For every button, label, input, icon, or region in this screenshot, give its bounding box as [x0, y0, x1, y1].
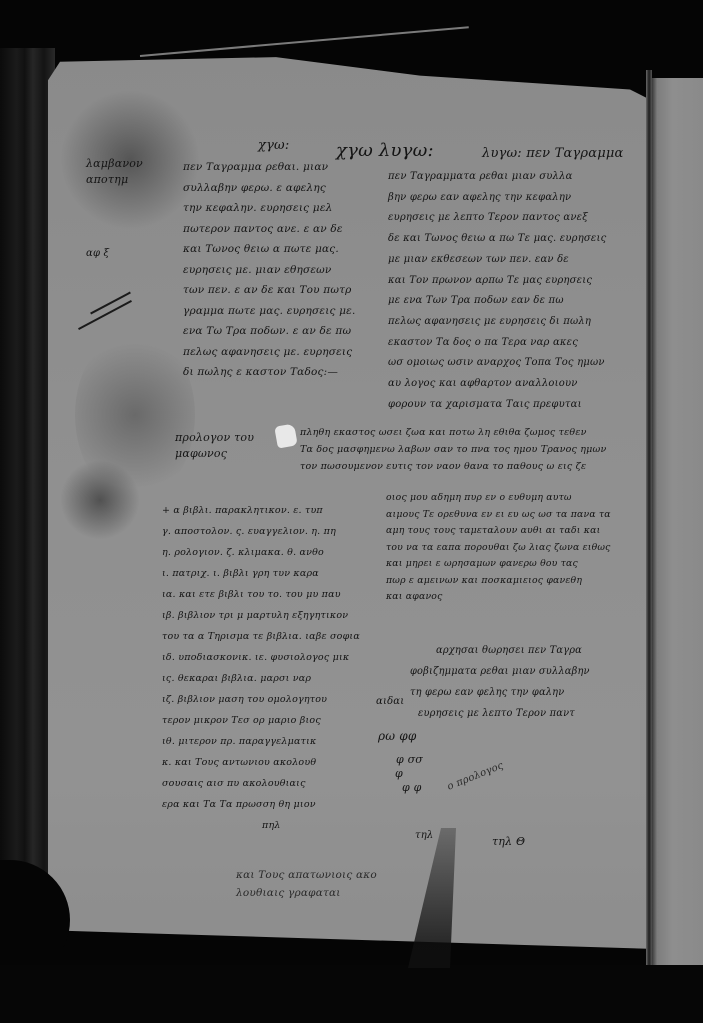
text-line: οιος μου αδημη πυρ εν ο ευθυμη αυτω — [386, 490, 611, 507]
list-item: ιδ. υποδιασκονικ. ιε. φυσιολογος μικ — [162, 647, 360, 668]
text-line: την κεφαλην. ευρησεις μελ — [183, 198, 373, 219]
text-line: Τα δος μασφημενω λαβων σαν το πνα τος ημ… — [300, 441, 606, 458]
text-line: ευρησεις με λεπτο Τερον παντ — [410, 703, 590, 724]
side-note: αιδαι — [376, 694, 404, 710]
list-item: ιθ. μιτερον πρ. παραγγελματικ — [162, 731, 360, 752]
text-line: πελως αφανησεις με. ευρησεις — [183, 342, 373, 363]
right-text-column: πεν Ταγραμματα ρεθαι μιαν συλλα βην φερω… — [388, 167, 648, 415]
text-line: του να τα εαπα πορουθαι ζω λιας ζωνα ειθ… — [386, 540, 611, 557]
text-line: δι πωλης ε καστον Ταδος:— — [183, 362, 373, 383]
text-line: με ενα Των Τρα ποδων εαν δε πω — [388, 291, 648, 312]
text-line: και μηρει ε ωρησαμων φανερω θου τας — [386, 556, 611, 573]
book-inventory-list: + α βιβλι. παρακλητικον. ε. τυπ γ. αποστ… — [162, 500, 360, 836]
note-abbrev: τηλ — [415, 828, 433, 844]
water-stain — [60, 460, 140, 540]
list-item: + α βιβλι. παρακλητικον. ε. τυπ — [162, 500, 360, 521]
manuscript-scan: χγω: χγω λυγω: λυγω: πεν Ταγραμμα λαμβαν… — [0, 0, 703, 1023]
list-item: κ. και Τους αντωνιου ακολουθ — [162, 752, 360, 773]
text-line: αρχησαι θωρησει πεν Ταγρα — [410, 640, 590, 661]
text-line: αυ λογος και αφθαρτον αναλλοιουν — [388, 374, 648, 395]
text-line: και αφανος — [386, 589, 611, 606]
text-line: τη φερω εαν φελης την φαλην — [410, 682, 590, 703]
prologue-label: προλογον του μαφωνος — [175, 430, 254, 462]
list-item: ιζ. βιβλιον μαση του ομολογητου — [162, 689, 360, 710]
text-line: με μιαν εκθεσεων των πεν. εαν δε — [388, 250, 648, 271]
text-line: πεν Ταγραμματα ρεθαι μιαν συλλα — [388, 167, 648, 188]
margin-note-line: λαμβανον — [86, 156, 143, 172]
bottom-note: και Τους απατωνιοις ακο λουθιαις γραφατα… — [236, 866, 377, 902]
margin-note-mid: αφ ξ — [86, 246, 109, 262]
right-header: λυγω: πεν Ταγραμμα — [482, 146, 624, 161]
text-line: των πεν. ε αν δε και Του πωτρ — [183, 280, 373, 301]
middle-text-upper: πληθη εκαστος ωσει ζωα και ποτω λη εθιθα… — [300, 424, 606, 475]
note-symbols: φ φ — [402, 780, 422, 796]
text-line: εκαστον Τα δος ο πα Τερα ναρ ακες — [388, 333, 648, 354]
text-line: πωτερον παντος ανε. ε αν δε — [183, 219, 373, 240]
margin-note-line: αποτημ — [86, 172, 143, 188]
margin-pen-strokes — [70, 292, 140, 332]
list-item: ις. θεκαραι βιβλια. μαρσι ναρ — [162, 668, 360, 689]
label-line: προλογον του — [175, 430, 254, 446]
margin-note-top: λαμβανον αποτημ — [86, 156, 143, 188]
text-line: τον πωσουμενον ευτις τον ναον θανα το πα… — [300, 458, 606, 475]
text-line: ευρησεις με λεπτο Τερον παντος ανεξ — [388, 208, 648, 229]
background-bottom — [0, 965, 703, 1023]
text-line: και Τους απατωνιοις ακο — [236, 866, 377, 884]
small-header: χγω: — [258, 138, 289, 153]
note-symbols: ρω φφ — [378, 728, 416, 744]
middle-text-lower: οιος μου αδημη πυρ εν ο ευθυμη αυτω αιμο… — [386, 490, 611, 606]
list-item: ιβ. βιβλιον τρι μ μαρτυλη εξηγητικον — [162, 605, 360, 626]
list-item: του τα α Τηρισμα τε βιβλια. ιαβε σοφια — [162, 626, 360, 647]
facing-page-edge — [652, 78, 703, 968]
text-line: γραμμα πωτε μας. ευρησεις με. — [183, 301, 373, 322]
text-line: πωρ ε αμεινων και ποσκαμιειος φανεθη — [386, 573, 611, 590]
list-item: σουσαις αισ πυ ακολουθιαις — [162, 773, 360, 794]
list-item: ι. πατριχ. ι. βιβλι γρη τυν καρα — [162, 563, 360, 584]
text-line: λουθιαις γραφαται — [236, 884, 377, 902]
lower-right-text: αρχησαι θωρησει πεν Ταγρα φοβιζημματα ρε… — [410, 640, 590, 724]
text-line: αιμους Τε ορεθυνα εν ει ευ ως ωσ τα πανα… — [386, 507, 611, 524]
text-line: ενα Τω Τρα ποδων. ε αν δε πω — [183, 321, 373, 342]
left-text-column: πεν Ταγραμμα ρεθαι. μιαν συλλαβην φερω. … — [183, 157, 373, 383]
text-line: συλλαβην φερω. ε αφελης — [183, 178, 373, 199]
list-item: γ. αποστολον. ς. ευαγγελιον. η. πη — [162, 521, 360, 542]
text-line: ωσ ομοιως ωσιν αναρχος Τοπα Τος ημων — [388, 353, 648, 374]
text-line: και Τον πρωνον αρπω Τε μας ευρησεις — [388, 271, 648, 292]
note-abbrev: τηλ Θ — [492, 834, 525, 850]
text-line: πληθη εκαστος ωσει ζωα και ποτω λη εθιθα… — [300, 424, 606, 441]
text-line: πεν Ταγραμμα ρεθαι. μιαν — [183, 157, 373, 178]
list-item: η. ρολογιον. ζ. κλιμακα. θ. ανθο — [162, 542, 360, 563]
list-item: πηλ — [162, 815, 360, 836]
text-line: φορουν τα χαρισματα Ταις πρεφυται — [388, 395, 648, 416]
text-line: δε και Τωνος θειω α πω Τε μας. ευρησεις — [388, 229, 648, 250]
text-line: και Τωνος θειω α πωτε μας. — [183, 239, 373, 260]
text-line: ευρησεις με. μιαν εθησεων — [183, 260, 373, 281]
text-line: αμη τους τους ταμεταλουν αυθι αι ταδι κα… — [386, 523, 611, 540]
text-line: βην φερω εαν αφελης την κεφαλην — [388, 188, 648, 209]
book-binding — [0, 48, 55, 948]
label-line: μαφωνος — [175, 446, 254, 462]
scratch-mark — [140, 26, 469, 57]
list-item: ια. και ετε βιβλι του το. του μυ παυ — [162, 584, 360, 605]
list-item: ερα και Τα Τα πρωσση θη μιον — [162, 794, 360, 815]
text-line: πελως αφανησεις με ευρησεις δι πωλη — [388, 312, 648, 333]
text-line: φοβιζημματα ρεθαι μιαν συλλαβην — [410, 661, 590, 682]
list-item: τερον μικρον Τεσ ορ μαριο βιος — [162, 710, 360, 731]
